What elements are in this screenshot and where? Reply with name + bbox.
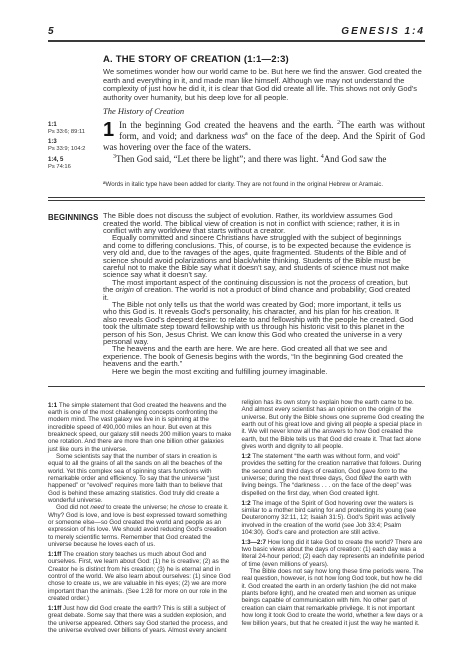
- study-bible-page: 5 GENESIS 1:4 A. THE STORY OF CREATION (…: [0, 0, 474, 671]
- paragraph: 1:2 The statement “the earth was without…: [242, 453, 426, 497]
- verse-drop-cap: 1: [103, 121, 114, 140]
- text-segment: Some scientists say that the number of s…: [48, 453, 222, 504]
- cross-reference: 1:1Ps 33:6; 89:11: [48, 122, 103, 136]
- paragraph: 1:3—2:7 How long did it take God to crea…: [242, 539, 426, 568]
- note-verse-ref: 1:2: [242, 500, 253, 507]
- section-a: A. THE STORY OF CREATION (1:1—2:3) We so…: [103, 54, 425, 116]
- text-segment: God did not: [56, 504, 90, 511]
- beginnings-feature: BEGINNINGS The Bible does not discuss th…: [48, 212, 414, 375]
- text-segment: And God saw the: [324, 154, 387, 164]
- text-segment: How long did it take God to create the w…: [242, 539, 425, 568]
- page-number: 5: [48, 26, 54, 37]
- margin-cross-references: 1:1Ps 33:6; 89:111:3Ps 33:9; 104:21:4, 5…: [48, 120, 103, 175]
- text-segment: The Bible does not discuss the subject o…: [103, 211, 400, 235]
- text-segment: to create it. Why? God is love, and love…: [48, 504, 229, 548]
- double-rule-divider: [48, 197, 425, 202]
- section-intro: We sometimes wonder how our world came t…: [103, 68, 425, 103]
- text-segment: was: [231, 131, 245, 141]
- commentary-notes: 1:1 The simple statement that God create…: [48, 399, 425, 634]
- paragraph: 1:1ff Just how did God create the earth?…: [48, 605, 232, 634]
- cross-reference: 1:3Ps 33:9; 104:2: [48, 139, 103, 153]
- commentary-right-column: religion has its own story to explain ho…: [242, 399, 426, 634]
- paragraph: 1:1 The simple statement that God create…: [48, 402, 232, 453]
- text-segment: chose: [179, 504, 196, 511]
- section-heading: A. THE STORY OF CREATION (1:1—2:3): [103, 54, 425, 65]
- cross-reference-verse: 1:3: [48, 139, 57, 145]
- beginnings-label: BEGINNINGS: [48, 212, 103, 375]
- scripture-paragraph: 1In the beginning God created the heaven…: [103, 120, 425, 154]
- cross-reference-verse: 1:4, 5: [48, 157, 63, 163]
- cross-reference-passages: Ps 74:16: [48, 164, 103, 171]
- paragraph: The Bible does not say how long these ti…: [242, 568, 426, 627]
- page-header: 5 GENESIS 1:4: [48, 26, 425, 42]
- paragraph: religion has its own story to explain ho…: [242, 399, 426, 450]
- translation-footnote: aWords in italic type have been added fo…: [103, 179, 425, 188]
- paragraph: The Bible does not discuss the subject o…: [103, 212, 414, 234]
- paragraph: The most important aspect of the continu…: [103, 279, 414, 301]
- text-segment: religion has its own story to explain ho…: [242, 399, 425, 450]
- running-head: GENESIS 1:4: [341, 26, 425, 37]
- paragraph: Here we begin the most exciting and fulf…: [103, 368, 414, 375]
- footnote-text: Words in italic type have been added for…: [106, 181, 384, 188]
- note-verse-ref: 1:1ff: [48, 551, 63, 558]
- cross-reference-passages: Ps 33:6; 89:11: [48, 129, 103, 136]
- text-segment: The creation story teaches us much about…: [48, 551, 231, 602]
- cross-reference-passages: Ps 33:9; 104:2: [48, 146, 103, 153]
- paragraph: 1:2 The image of the Spirit of God hover…: [242, 500, 426, 537]
- text-segment: origin: [116, 285, 134, 294]
- text-segment: need: [90, 504, 104, 511]
- paragraph: The Bible not only tells us that the wor…: [103, 301, 414, 345]
- text-segment: The Bible not only tells us that the wor…: [103, 300, 413, 346]
- note-verse-ref: 1:1ff: [48, 605, 63, 612]
- text-segment: Equally committed and sincere Christians…: [103, 233, 411, 279]
- commentary-left-column: 1:1 The simple statement that God create…: [48, 399, 232, 634]
- text-segment: The simple statement that God created th…: [48, 402, 231, 453]
- scripture-block: 1:1Ps 33:6; 89:111:3Ps 33:9; 104:21:4, 5…: [48, 120, 425, 175]
- text-segment: The image of the Spirit of God hovering …: [242, 500, 417, 536]
- note-verse-ref: 1:1: [48, 402, 59, 409]
- paragraph: God did not need to create the universe;…: [48, 504, 232, 548]
- paragraph: 1:1ff The creation story teaches us much…: [48, 551, 232, 602]
- text-segment: Just how did God create the earth? This …: [48, 605, 228, 634]
- scripture-paragraph: 3Then God said, “Let there be light”; an…: [103, 154, 425, 165]
- note-verse-ref: 1:3—2:7: [242, 539, 268, 546]
- section-subheading: The History of Creation: [103, 106, 425, 116]
- text-segment: The Bible does not say how long these ti…: [242, 568, 424, 626]
- cross-reference: 1:4, 5Ps 74:16: [48, 157, 103, 171]
- text-segment: to create the universe; he: [104, 504, 179, 511]
- paragraph: Some scientists say that the number of s…: [48, 453, 232, 504]
- text-segment: In the beginning God created the heavens…: [119, 120, 337, 130]
- text-segment: Then God said, “Let there be light”; and…: [116, 154, 321, 164]
- commentary-divider: [48, 386, 425, 387]
- note-verse-ref: 1:2: [242, 453, 253, 460]
- paragraph: Equally committed and sincere Christians…: [103, 234, 414, 278]
- cross-reference-verse: 1:1: [48, 122, 57, 128]
- text-segment: filled: [359, 475, 372, 482]
- text-segment: The heavens and the earth are here. We a…: [103, 344, 403, 368]
- text-segment: form: [377, 468, 390, 475]
- beginnings-text: The Bible does not discuss the subject o…: [103, 212, 414, 375]
- paragraph: The heavens and the earth are here. We a…: [103, 345, 414, 367]
- text-segment: Here we begin the most exciting and fulf…: [112, 367, 328, 376]
- scripture-text: 1In the beginning God created the heaven…: [103, 120, 425, 175]
